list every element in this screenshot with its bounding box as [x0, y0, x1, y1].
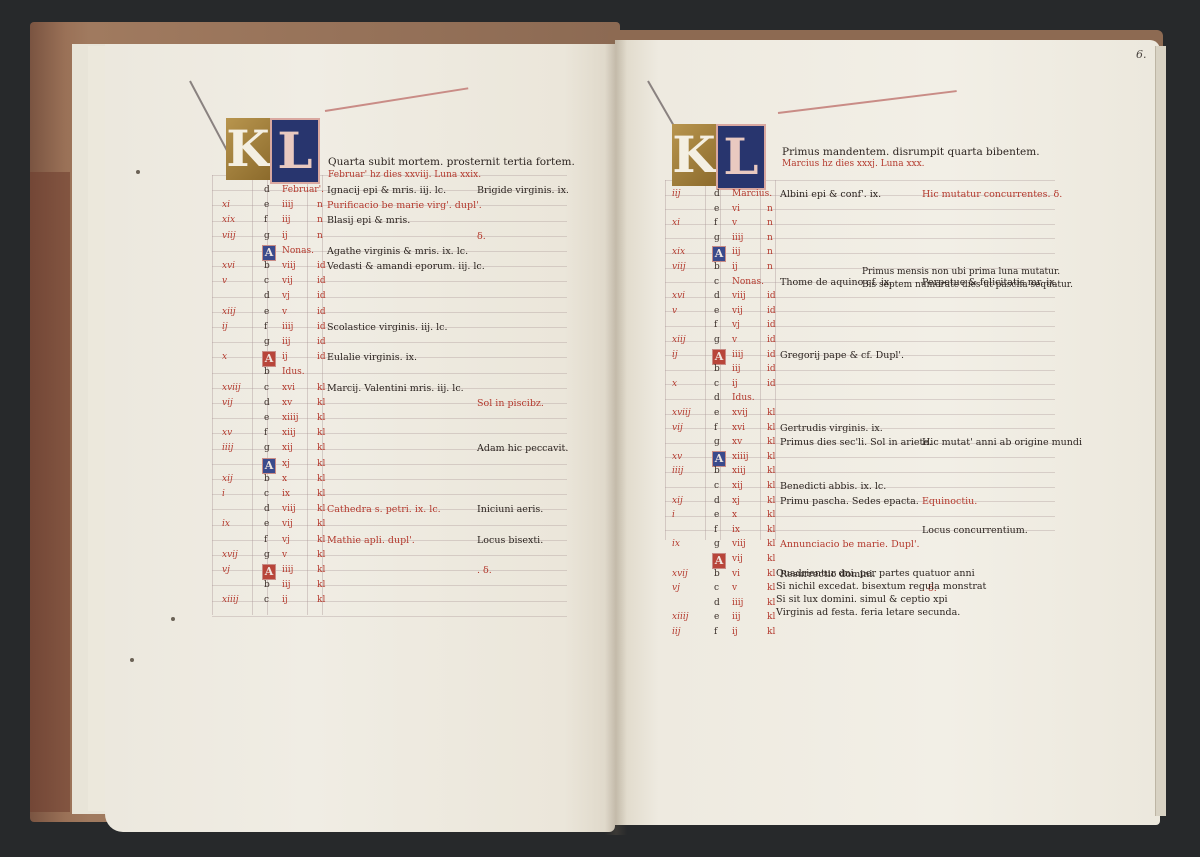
feast-text-secondary: . δ.: [477, 565, 492, 576]
kl-initial-left: K L: [226, 118, 320, 184]
roman-day: iiij: [732, 233, 743, 243]
roman-day: xiiij: [732, 452, 749, 462]
calendar-row: ANonas.Agathe virginis & mris. ix. lc.A: [222, 246, 742, 261]
golden-number: xij: [222, 474, 233, 484]
roman-day: vij: [282, 276, 293, 286]
roman-day: iij: [282, 580, 291, 590]
feast-text: Annunciacio be marie. Dupl'.: [780, 539, 920, 550]
dominical-a-initial: A: [262, 351, 276, 367]
dominical-letter: g: [714, 437, 720, 447]
calendar-row: xiijevid: [222, 307, 742, 322]
golden-number: xi: [672, 218, 680, 228]
calendar-row: giijid: [222, 337, 742, 352]
roman-day: v: [732, 583, 737, 593]
roman-day: viij: [282, 261, 296, 271]
golden-number: xv: [222, 428, 232, 438]
dominical-letter: f: [264, 322, 267, 332]
kalends-mark: kl: [767, 539, 775, 549]
dominical-a-initial: A: [262, 564, 276, 580]
feast-text-secondary: Iniciuni aeris.: [477, 504, 543, 515]
calendar-row: xviijcxviklMarcij. Valentini mris. iij. …: [222, 383, 742, 398]
dominical-letter: c: [264, 595, 269, 605]
dominical-letter: f: [714, 320, 717, 330]
kalends-mark: id: [317, 291, 326, 301]
roman-day: Februar'.: [282, 185, 324, 195]
initial-l: L: [716, 124, 766, 190]
roman-day: ij: [732, 379, 738, 389]
golden-number: xvij: [672, 569, 688, 579]
golden-number: v: [222, 276, 227, 286]
ruled-line: [212, 616, 567, 617]
golden-number: vj: [222, 565, 230, 575]
calendar-row: iiijgxijklAdam hic peccavit.: [222, 443, 742, 458]
dominical-letter: d: [714, 189, 720, 199]
calendar-row: iexkl: [672, 510, 1192, 525]
dominical-a-initial: A: [712, 451, 726, 467]
kalends-mark: kl: [317, 504, 325, 514]
dominical-letter: d: [714, 598, 720, 608]
kalends-mark: id: [767, 291, 776, 301]
roman-day: xiij: [282, 428, 296, 438]
golden-number: vij: [222, 398, 233, 408]
dominical-letter: f: [714, 525, 717, 535]
golden-number: xvi: [672, 291, 685, 301]
roman-day: ij: [732, 627, 738, 637]
closing-verse-line-1: Quadrientur dni. per partes quatuor anni: [776, 568, 975, 579]
golden-number: iiij: [222, 443, 233, 453]
golden-number: xiij: [222, 307, 236, 317]
roman-day: iij: [732, 247, 741, 257]
dominical-letter: g: [714, 335, 720, 345]
golden-number: vj: [672, 583, 680, 593]
calendar-row: fvjklMathie apli. dupl'.Locus bisexti.: [222, 535, 742, 550]
golden-number: xvi: [222, 261, 235, 271]
calendar-row: xixAiijnA: [672, 247, 1192, 262]
feast-text: Benedicti abbis. ix. lc.: [780, 481, 886, 492]
dominical-letter: e: [714, 306, 719, 316]
kalends-mark: kl: [767, 408, 775, 418]
roman-day: xv: [282, 398, 292, 408]
kalends-mark: kl: [767, 452, 775, 462]
dominical-a-initial: A: [712, 246, 726, 262]
calendar-row: gxvklPrimus dies sec'li. Sol in ariete.H…: [672, 437, 1192, 452]
calendar-row: cxijklBenedicti abbis. ix. lc.: [672, 481, 1192, 496]
dominical-letter: e: [264, 413, 269, 423]
roman-day: vij: [732, 306, 743, 316]
golden-number: xv: [672, 452, 682, 462]
calendar-row: viijgijnδ.: [222, 231, 742, 246]
feast-text: Gregorij pape & cf. Dupl'.: [780, 350, 904, 361]
dominical-letter: b: [714, 466, 720, 476]
roman-day: xvij: [732, 408, 748, 418]
calendar-row: dFebruar'.Ignacij epi & mris. iij. lc.Br…: [222, 185, 742, 200]
dominical-a-initial: A: [262, 245, 276, 261]
kalends-mark: kl: [317, 535, 325, 545]
kalends-mark: n: [767, 262, 773, 272]
dominical-letter: g: [264, 231, 270, 241]
golden-number: iij: [672, 627, 681, 637]
dominical-a-initial: A: [712, 553, 726, 569]
golden-number: xiiij: [222, 595, 239, 605]
ruled-column: [212, 175, 213, 615]
roman-day: xj: [282, 459, 290, 469]
feast-text: Gertrudis virginis. ix.: [780, 423, 883, 434]
calendar-row: ixevijkl: [222, 519, 742, 534]
kalends-mark: n: [317, 215, 323, 225]
feast-text: Vedasti & amandi eporum. iij. lc.: [327, 261, 485, 272]
roman-day: iij: [282, 215, 291, 225]
roman-day: x: [732, 510, 737, 520]
calendar-row: dIdus.: [672, 393, 1192, 408]
kl-initial-right: K L: [672, 124, 766, 190]
dominical-letter: c: [264, 383, 269, 393]
dominical-letter: c: [264, 276, 269, 286]
kalends-mark: kl: [767, 598, 775, 608]
calendar-row: icixkl: [222, 489, 742, 504]
marginal-note-line-1: Primus mensis non ubi prima luna mutatur…: [862, 267, 1060, 277]
kalends-mark: kl: [767, 627, 775, 637]
kalends-mark: kl: [767, 496, 775, 506]
kalends-mark: n: [317, 231, 323, 241]
roman-day: viij: [732, 539, 746, 549]
roman-day: iiij: [282, 200, 293, 210]
dominical-letter: d: [714, 291, 720, 301]
roman-day: v: [732, 218, 737, 228]
kalends-mark: id: [317, 276, 326, 286]
calendar-row: xijbxkl: [222, 474, 742, 489]
month-verse: Primus mandentem. disrumpit quarta biben…: [782, 146, 1040, 158]
golden-number: xvij: [222, 550, 238, 560]
closing-verse-line-3: Si sit lux domini. simul & ceptio xpi: [776, 594, 948, 605]
dominical-a-initial: A: [712, 349, 726, 365]
golden-number: viij: [672, 262, 686, 272]
dominical-letter: b: [264, 580, 270, 590]
dominical-letter: e: [264, 519, 269, 529]
calendar-row: fvjid: [672, 320, 1192, 335]
golden-number: xiij: [672, 335, 686, 345]
kalends-mark: id: [767, 335, 776, 345]
roman-day: vij: [732, 554, 743, 564]
kalends-mark: kl: [767, 423, 775, 433]
golden-number: xviij: [222, 383, 241, 393]
calendar-row: vevijid: [672, 306, 1192, 321]
roman-day: ix: [282, 489, 290, 499]
feast-text: Mathie apli. dupl'.: [327, 535, 415, 546]
kalends-mark: n: [317, 200, 323, 210]
kalends-mark: id: [317, 337, 326, 347]
roman-day: x: [282, 474, 287, 484]
kalends-mark: id: [767, 350, 776, 360]
dominical-letter: c: [264, 489, 269, 499]
calendar-row: xvijgvkl: [222, 550, 742, 565]
roman-day: v: [282, 307, 287, 317]
feast-text-secondary: Locus concurrentium.: [922, 525, 1028, 536]
roman-day: iiij: [282, 322, 293, 332]
calendar-row: xvibviijidVedasti & amandi eporum. iij. …: [222, 261, 742, 276]
wormhole: [130, 658, 134, 662]
calendar-row: vjAiiijkl. δ.A: [222, 565, 742, 580]
roman-day: Idus.: [732, 393, 755, 403]
folio-number: 6.: [1136, 48, 1147, 61]
golden-number: xviij: [672, 408, 691, 418]
golden-number: ij: [672, 350, 678, 360]
dominical-letter: d: [264, 291, 270, 301]
dominical-letter: b: [264, 261, 270, 271]
dominical-letter: e: [714, 510, 719, 520]
calendar-row: xvidviijid: [672, 291, 1192, 306]
roman-day: xj: [732, 496, 740, 506]
feast-text-secondary: Adam hic peccavit.: [477, 443, 568, 454]
dominical-letter: g: [264, 337, 270, 347]
golden-number: i: [222, 489, 225, 499]
golden-number: v: [672, 306, 677, 316]
roman-day: iij: [732, 612, 741, 622]
roman-day: iij: [732, 364, 741, 374]
calendar-row: xifvn: [672, 218, 1192, 233]
calendar-row: exiiijkl: [222, 413, 742, 428]
roman-day: v: [282, 550, 287, 560]
feast-text: Primu pascha. Sedes epacta.: [780, 496, 919, 507]
dominical-letter: c: [714, 481, 719, 491]
roman-day: xvi: [282, 383, 295, 393]
kalends-mark: kl: [317, 595, 325, 605]
roman-day: xij: [732, 481, 743, 491]
kalends-mark: kl: [767, 525, 775, 535]
dominical-letter: e: [714, 408, 719, 418]
kalends-mark: kl: [317, 474, 325, 484]
feast-text: Blasij epi & mris.: [327, 215, 410, 226]
feast-text: Albini epi & conf'. ix.: [780, 189, 881, 200]
dominical-letter: d: [714, 496, 720, 506]
kalends-mark: kl: [317, 489, 325, 499]
kalends-mark: n: [767, 247, 773, 257]
calendar-row: ijfiiijidScolastice virginis. iij. lc.: [222, 322, 742, 337]
dominical-letter: g: [714, 233, 720, 243]
kalends-mark: id: [317, 261, 326, 271]
feast-text: Scolastice virginis. iij. lc.: [327, 322, 448, 333]
calendar-row: vcvijid: [222, 276, 742, 291]
golden-number: iiij: [672, 466, 683, 476]
dominical-letter: b: [714, 364, 720, 374]
dominical-a-initial: A: [262, 458, 276, 474]
initial-k: K: [226, 118, 270, 180]
kalends-mark: kl: [317, 428, 325, 438]
roman-day: vj: [732, 320, 740, 330]
calendar-row: xiiijcijkl: [222, 595, 742, 610]
roman-day: iiij: [732, 598, 743, 608]
golden-number: ix: [672, 539, 680, 549]
kalends-mark: kl: [317, 550, 325, 560]
dominical-letter: e: [264, 200, 269, 210]
marginal-note-line-2: Bis septem numerate dies ut pascha sequa…: [862, 280, 1073, 290]
calendar-row: iijdMarcius.Albini epi & conf'. ix.Hic m…: [672, 189, 1192, 204]
calendar-row: xcijid: [672, 379, 1192, 394]
kalends-mark: kl: [317, 565, 325, 575]
calendar-row: biijid: [672, 364, 1192, 379]
feast-text: Marcij. Valentini mris. iij. lc.: [327, 383, 464, 394]
dominical-letter: d: [264, 504, 270, 514]
initial-l: L: [270, 118, 320, 184]
dominical-letter: f: [714, 423, 717, 433]
calendar-row: ijAiiijidGregorij pape & cf. Dupl'.A: [672, 350, 1192, 365]
feast-text: Ignacij epi & mris. iij. lc.: [327, 185, 446, 196]
roman-day: Nonas.: [282, 246, 314, 256]
kalends-mark: n: [767, 233, 773, 243]
calendar-row: giiijn: [672, 233, 1192, 248]
dominical-letter: b: [264, 474, 270, 484]
calendar-row: AvijklA: [672, 554, 1192, 569]
golden-number: xiiij: [672, 612, 689, 622]
dominical-letter: g: [714, 539, 720, 549]
kalends-mark: kl: [317, 519, 325, 529]
dominical-letter: g: [264, 550, 270, 560]
golden-number: xix: [222, 215, 235, 225]
golden-number: viij: [222, 231, 236, 241]
calendar-row: xixfiijnBlasij epi & mris.: [222, 215, 742, 230]
dominical-letter: f: [714, 218, 717, 228]
month-verse: Quarta subit mortem. prosternit tertia f…: [328, 156, 575, 168]
calendar-row: vijdxvklSol in piscibz.: [222, 398, 742, 413]
calendar-row: dvjid: [222, 291, 742, 306]
feast-text-secondary: Locus bisexti.: [477, 535, 543, 546]
feast-text-secondary: δ.: [477, 231, 486, 242]
calendar-row: iiijbxiijkl: [672, 466, 1192, 481]
dominical-letter: d: [714, 393, 720, 403]
golden-number: xi: [222, 200, 230, 210]
calendar-row: bIdus.: [222, 367, 742, 382]
dominical-letter: f: [264, 428, 267, 438]
kalends-mark: kl: [317, 459, 325, 469]
initial-k: K: [672, 124, 716, 186]
roman-day: Nonas.: [732, 277, 764, 287]
kalends-mark: kl: [767, 466, 775, 476]
dominical-letter: c: [714, 583, 719, 593]
dominical-letter: b: [714, 262, 720, 272]
dominical-letter: g: [264, 443, 270, 453]
roman-day: ij: [282, 352, 288, 362]
roman-day: v: [732, 335, 737, 345]
dominical-letter: c: [714, 379, 719, 389]
golden-number: x: [222, 352, 227, 362]
calendar-row: xvfxiijkl: [222, 428, 742, 443]
roman-day: xv: [732, 437, 742, 447]
feast-text: Cathedra s. petri. ix. lc.: [327, 504, 441, 515]
dominical-letter: f: [714, 627, 717, 637]
dominical-letter: d: [264, 398, 270, 408]
calendar-row: vijfxviklGertrudis virginis. ix.: [672, 423, 1192, 438]
feast-text-secondary: Equinoctiu.: [922, 496, 977, 507]
dominical-letter: d: [264, 185, 270, 195]
month-rubric: Marcius hz dies xxxj. Luna xxx.: [782, 159, 925, 169]
kalends-mark: kl: [317, 383, 325, 393]
kalends-mark: kl: [767, 437, 775, 447]
calendar-row: xvAxiiijklA: [672, 452, 1192, 467]
dominical-letter: e: [264, 307, 269, 317]
kalends-mark: kl: [317, 580, 325, 590]
kalends-mark: id: [767, 306, 776, 316]
roman-day: viij: [732, 291, 746, 301]
golden-number: x: [672, 379, 677, 389]
golden-number: iij: [672, 189, 681, 199]
roman-day: viij: [282, 504, 296, 514]
calendar-row: biijkl: [222, 580, 742, 595]
dominical-letter: c: [714, 277, 719, 287]
dominical-letter: e: [714, 612, 719, 622]
feast-text: Agathe virginis & mris. ix. lc.: [327, 246, 468, 257]
kalends-mark: n: [767, 218, 773, 228]
golden-number: ix: [222, 519, 230, 529]
wormhole: [136, 170, 140, 174]
dominical-letter: f: [264, 535, 267, 545]
calendar-row: xAijidEulalie virginis. ix.A: [222, 352, 742, 367]
kalends-mark: kl: [317, 413, 325, 423]
roman-day: xvi: [732, 423, 745, 433]
roman-day: vi: [732, 204, 740, 214]
calendar-row: xijdxjklPrimu pascha. Sedes epacta.Equin…: [672, 496, 1192, 511]
closing-verse-line-4: Virginis ad festa. feria letare secunda.: [776, 607, 960, 618]
calendar-row: evin: [672, 204, 1192, 219]
month-rubric: Februar' hz dies xxviij. Luna xxix.: [328, 170, 481, 180]
roman-day: iiij: [732, 350, 743, 360]
calendar-row: AxjklA: [222, 459, 742, 474]
calendar-row: xieiiijnPurificacio be marie virg'. dupl…: [222, 200, 742, 215]
roman-day: iiij: [282, 565, 293, 575]
roman-day: ij: [732, 262, 738, 272]
roman-day: ij: [282, 231, 288, 241]
roman-day: Idus.: [282, 367, 305, 377]
kalends-mark: id: [317, 352, 326, 362]
roman-day: iij: [282, 337, 291, 347]
dominical-letter: e: [714, 204, 719, 214]
calendar-row: fixklLocus concurrentium.: [672, 525, 1192, 540]
feast-text: Eulalie virginis. ix.: [327, 352, 417, 363]
roman-day: xiij: [732, 466, 746, 476]
closing-verse-line-2: Si nichil excedat. bisextum regula monst…: [776, 581, 986, 592]
calendar-row: xviijexvijkl: [672, 408, 1192, 423]
kalends-mark: id: [767, 379, 776, 389]
kalends-mark: kl: [767, 510, 775, 520]
calendar-row: dviijklCathedra s. petri. ix. lc.Iniciun…: [222, 504, 742, 519]
wormhole: [171, 617, 175, 621]
golden-number: i: [672, 510, 675, 520]
kalends-mark: kl: [767, 554, 775, 564]
kalends-mark: kl: [767, 583, 775, 593]
feast-text-secondary: Hic mutatur concurrentes. δ.: [922, 189, 1062, 200]
calendar-row: xiijgvid: [672, 335, 1192, 350]
kalends-mark: id: [767, 364, 776, 374]
calendar-row: iijfijkl: [672, 627, 1192, 642]
roman-day: vj: [282, 291, 290, 301]
roman-day: xiiij: [282, 413, 299, 423]
kalends-mark: n: [767, 204, 773, 214]
kalends-mark: id: [317, 322, 326, 332]
dominical-letter: b: [264, 367, 270, 377]
kalends-mark: kl: [767, 612, 775, 622]
feast-text: Primus dies sec'li. Sol in ariete.: [780, 437, 932, 448]
kalends-mark: kl: [317, 398, 325, 408]
dominical-letter: b: [714, 569, 720, 579]
roman-day: vi: [732, 569, 740, 579]
kalends-mark: kl: [317, 443, 325, 453]
kalends-mark: kl: [767, 481, 775, 491]
roman-day: ij: [282, 595, 288, 605]
golden-number: xij: [672, 496, 683, 506]
calendar-row: ixgviijklAnnunciacio be marie. Dupl'.: [672, 539, 1192, 554]
dominical-letter: f: [264, 215, 267, 225]
feast-text-secondary: Brigide virginis. ix.: [477, 185, 569, 196]
roman-day: ix: [732, 525, 740, 535]
golden-number: ij: [222, 322, 228, 332]
